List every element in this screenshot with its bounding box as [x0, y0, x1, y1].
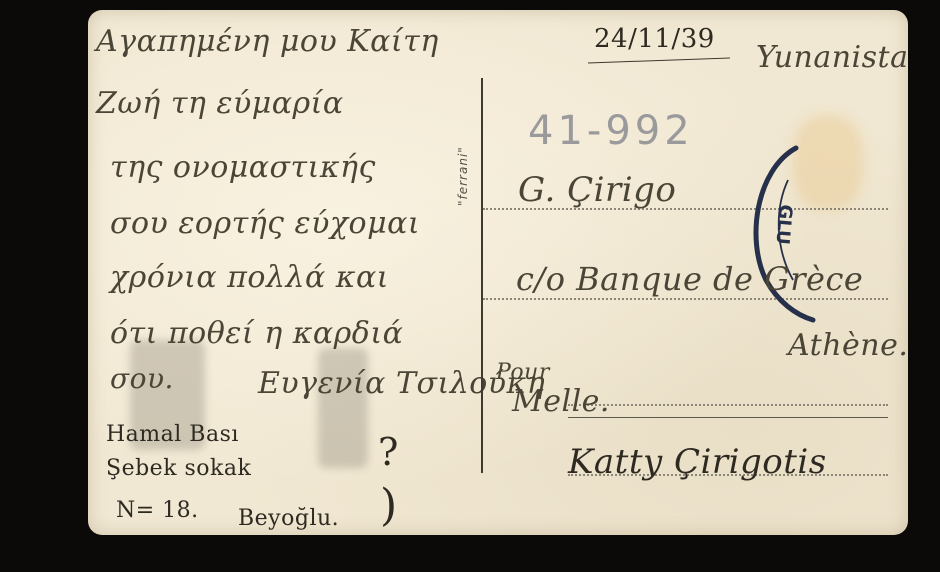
address-line-3	[568, 404, 888, 406]
message-line-7: σου.	[110, 362, 174, 395]
message-line-3: της ονομαστικής	[110, 150, 376, 185]
sender-address-line-1: Hamal Bası	[106, 422, 239, 447]
postcard-reverse: Αγαπημένη μου Καίτη Ζωή τη εύμαρία της ο…	[88, 10, 908, 535]
message-line-1: Αγαπημένη μου Καίτη	[96, 24, 439, 59]
message-line-2: Ζωή τη εύμαρία	[96, 86, 344, 121]
printer-mark: "ferrani"	[456, 146, 470, 206]
recipient-line-3: Athène.	[788, 328, 908, 363]
address-bracket-upper: ?	[378, 430, 399, 474]
sender-address-line-2: Şebek sokak	[106, 456, 251, 481]
recipient-line-2: c/o Banque de Grèce	[516, 260, 863, 298]
date-underline	[588, 58, 730, 64]
sender-address-line-3: N= 18.	[116, 498, 199, 523]
card-center-divider	[481, 78, 483, 473]
date: 24/11/39	[594, 24, 715, 54]
postmark-text: GLU	[772, 204, 796, 246]
message-line-6: ότι ποθεί η καρδιά	[110, 316, 403, 351]
message-line-4: σου εορτής εύχομαι	[110, 206, 420, 241]
recipient-name: Katty Çirigotis	[568, 442, 827, 482]
pencil-note: 41-992	[528, 108, 694, 154]
recipient-line-1: G. Çirigo	[518, 170, 676, 210]
recipient-title: Melle.	[512, 384, 610, 419]
address-bracket-lower: )	[380, 480, 398, 531]
address-underline	[568, 417, 888, 418]
sender-address-line-4: Beyoğlu.	[238, 506, 339, 531]
pour-label: Pour	[496, 360, 550, 385]
message-line-5: χρόνια πολλά και	[110, 260, 389, 295]
postmark-stamp: GLU	[738, 140, 888, 330]
destination-country: Yunanistan	[756, 40, 908, 75]
